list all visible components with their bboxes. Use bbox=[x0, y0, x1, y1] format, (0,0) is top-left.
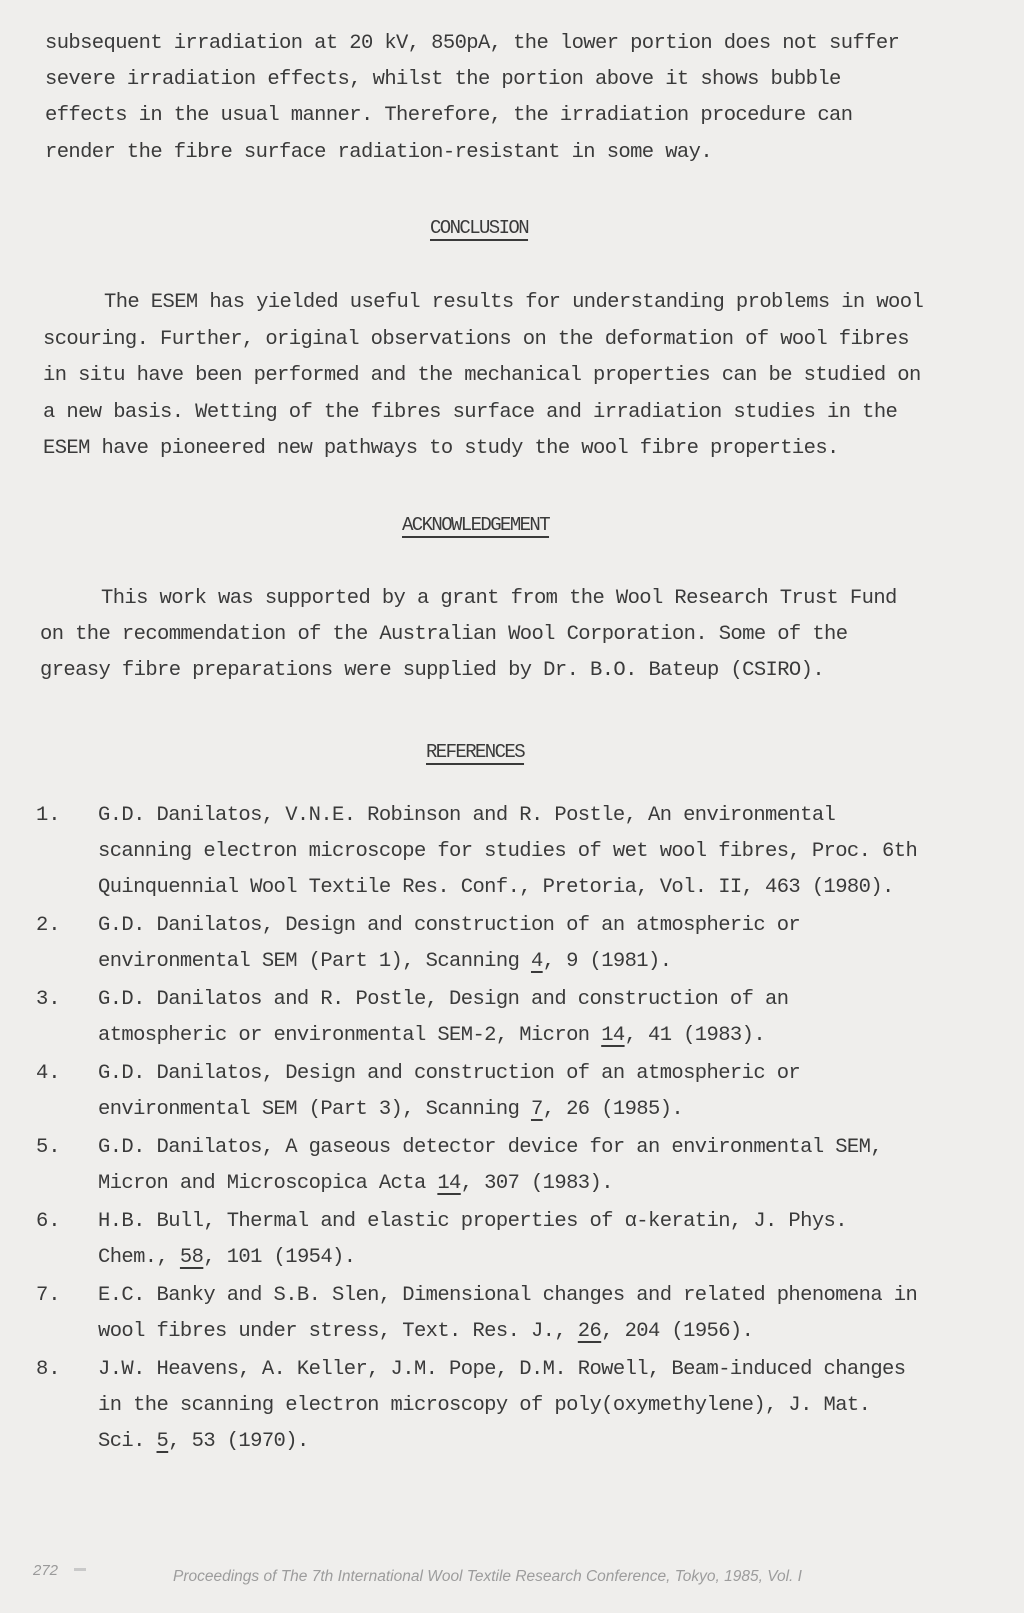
conclusion-heading: CONCLUSION bbox=[430, 216, 528, 240]
reference-line: J.W. Heavens, A. Keller, J.M. Pope, D.M.… bbox=[98, 1358, 905, 1382]
reference-volume: 7 bbox=[531, 1098, 543, 1121]
reference-text: Micron and Microscopica Acta bbox=[98, 1172, 437, 1195]
conclusion-line: a new basis. Wetting of the fibres surfa… bbox=[43, 401, 897, 425]
reference-text: environmental SEM (Part 3), Scanning bbox=[98, 1098, 531, 1121]
page-number: 272 bbox=[33, 1562, 58, 1579]
reference-number: 5. bbox=[36, 1136, 61, 1160]
conclusion-line: in situ have been performed and the mech… bbox=[43, 364, 921, 388]
reference-text: atmospheric or environmental SEM-2, Micr… bbox=[98, 1024, 601, 1047]
reference-volume: 26 bbox=[578, 1320, 601, 1343]
reference-text: , 53 (1970). bbox=[168, 1430, 308, 1453]
reference-text: , 204 (1956). bbox=[601, 1320, 753, 1343]
reference-line: E.C. Banky and S.B. Slen, Dimensional ch… bbox=[98, 1284, 917, 1308]
reference-number: 2. bbox=[36, 914, 61, 938]
reference-text: wool fibres under stress, Text. Res. J., bbox=[98, 1320, 578, 1343]
reference-text: J.W. Heavens, A. Keller, J.M. Pope, D.M.… bbox=[98, 1358, 905, 1381]
reference-text: G.D. Danilatos, A gaseous detector devic… bbox=[98, 1136, 882, 1159]
reference-line: G.D. Danilatos, Design and construction … bbox=[98, 914, 800, 938]
reference-line: H.B. Bull, Thermal and elastic propertie… bbox=[98, 1210, 847, 1234]
reference-volume: 4 bbox=[531, 950, 543, 973]
reference-number: 4. bbox=[36, 1062, 61, 1086]
reference-text: environmental SEM (Part 1), Scanning bbox=[98, 950, 531, 973]
reference-text: E.C. Banky and S.B. Slen, Dimensional ch… bbox=[98, 1284, 917, 1307]
reference-volume: 14 bbox=[437, 1172, 460, 1195]
reference-line: G.D. Danilatos, Design and construction … bbox=[98, 1062, 800, 1086]
reference-number: 8. bbox=[36, 1358, 61, 1382]
reference-line: environmental SEM (Part 3), Scanning 7, … bbox=[98, 1098, 683, 1122]
reference-text: G.D. Danilatos, V.N.E. Robinson and R. P… bbox=[98, 804, 835, 827]
reference-line: environmental SEM (Part 1), Scanning 4, … bbox=[98, 950, 671, 974]
reference-line: in the scanning electron microscopy of p… bbox=[98, 1394, 870, 1418]
reference-text: H.B. Bull, Thermal and elastic propertie… bbox=[98, 1210, 847, 1233]
reference-line: Quinquennial Wool Textile Res. Conf., Pr… bbox=[98, 876, 894, 900]
reference-text: Quinquennial Wool Textile Res. Conf., Pr… bbox=[98, 876, 894, 899]
reference-text: , 9 (1981). bbox=[543, 950, 672, 973]
references-heading: REFERENCES bbox=[426, 740, 524, 764]
reference-line: Sci. 5, 53 (1970). bbox=[98, 1430, 309, 1454]
conclusion-line: scouring. Further, original observations… bbox=[43, 328, 909, 352]
reference-volume: 5 bbox=[157, 1430, 169, 1453]
footer-citation: Proceedings of The 7th International Woo… bbox=[173, 1568, 802, 1586]
intro-line: subsequent irradiation at 20 kV, 850pA, … bbox=[45, 32, 899, 56]
acknowledgement-line: This work was supported by a grant from … bbox=[101, 587, 897, 611]
reference-text: G.D. Danilatos, Design and construction … bbox=[98, 914, 800, 937]
acknowledgement-heading: ACKNOWLEDGEMENT bbox=[402, 513, 549, 537]
intro-line: severe irradiation effects, whilst the p… bbox=[45, 68, 841, 92]
reference-text: , 101 (1954). bbox=[203, 1246, 355, 1269]
footer-mark bbox=[74, 1568, 86, 1571]
reference-text: G.D. Danilatos, Design and construction … bbox=[98, 1062, 800, 1085]
intro-line: effects in the usual manner. Therefore, … bbox=[45, 104, 852, 128]
reference-line: Chem., 58, 101 (1954). bbox=[98, 1246, 355, 1270]
reference-line: G.D. Danilatos and R. Postle, Design and… bbox=[98, 988, 788, 1012]
reference-volume: 58 bbox=[180, 1246, 203, 1269]
acknowledgement-line: on the recommendation of the Australian … bbox=[40, 623, 847, 647]
reference-text: , 307 (1983). bbox=[461, 1172, 613, 1195]
reference-line: G.D. Danilatos, V.N.E. Robinson and R. P… bbox=[98, 804, 835, 828]
reference-number: 1. bbox=[36, 804, 61, 828]
reference-number: 3. bbox=[36, 988, 61, 1012]
reference-text: , 41 (1983). bbox=[625, 1024, 765, 1047]
reference-line: Micron and Microscopica Acta 14, 307 (19… bbox=[98, 1172, 613, 1196]
reference-line: scanning electron microscope for studies… bbox=[98, 840, 917, 864]
reference-number: 7. bbox=[36, 1284, 61, 1308]
acknowledgement-line: greasy fibre preparations were supplied … bbox=[40, 659, 824, 683]
reference-number: 6. bbox=[36, 1210, 61, 1234]
intro-line: render the fibre surface radiation-resis… bbox=[45, 141, 712, 165]
conclusion-line: ESEM have pioneered new pathways to stud… bbox=[43, 437, 839, 461]
reference-text: scanning electron microscope for studies… bbox=[98, 840, 917, 863]
conclusion-line: The ESEM has yielded useful results for … bbox=[104, 291, 923, 315]
reference-text: Sci. bbox=[98, 1430, 157, 1453]
reference-line: G.D. Danilatos, A gaseous detector devic… bbox=[98, 1136, 882, 1160]
reference-volume: 14 bbox=[601, 1024, 624, 1047]
reference-text: in the scanning electron microscopy of p… bbox=[98, 1394, 870, 1417]
reference-text: G.D. Danilatos and R. Postle, Design and… bbox=[98, 988, 788, 1011]
document-page: subsequent irradiation at 20 kV, 850pA, … bbox=[0, 0, 1024, 1613]
reference-line: wool fibres under stress, Text. Res. J.,… bbox=[98, 1320, 753, 1344]
reference-text: Chem., bbox=[98, 1246, 180, 1269]
reference-text: , 26 (1985). bbox=[543, 1098, 683, 1121]
reference-line: atmospheric or environmental SEM-2, Micr… bbox=[98, 1024, 765, 1048]
